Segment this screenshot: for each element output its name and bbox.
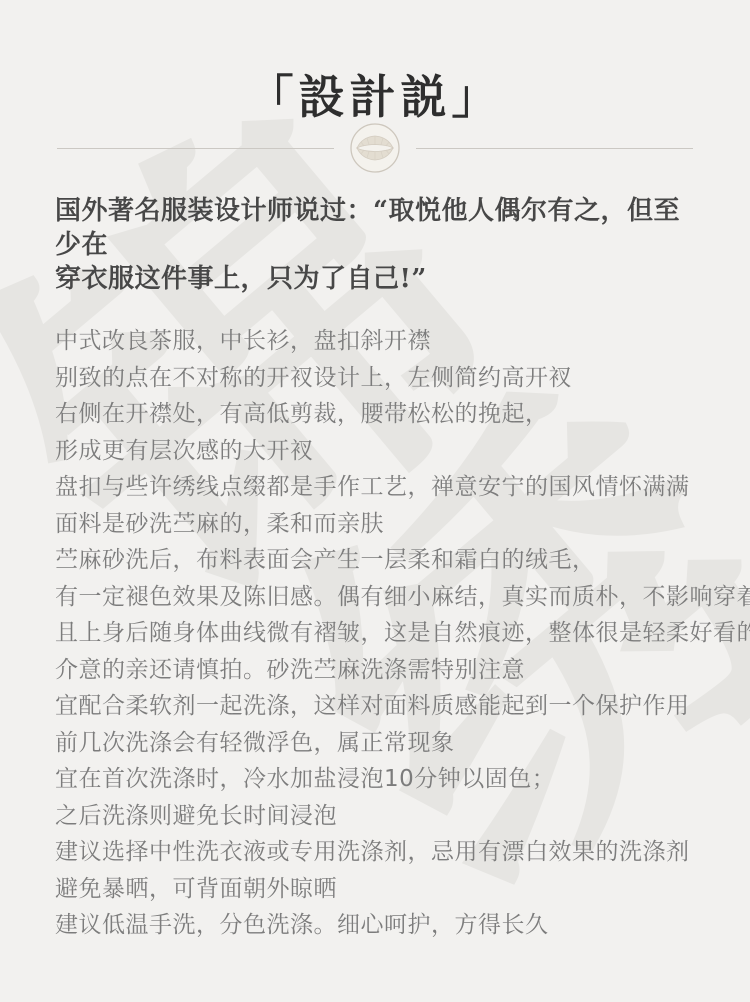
- body-line: 宜在首次洗涤时，冷水加盐浸泡10分钟以固色；: [55, 761, 712, 798]
- body-line: 苎麻砂洗后，布料表面会产生一层柔和霜白的绒毛，: [55, 542, 712, 579]
- body-line: 前几次洗涤会有轻微浮色，属正常现象: [55, 725, 712, 762]
- body-line: 且上身后随身体曲线微有褶皱，这是自然痕迹，整体很是轻柔好看的: [55, 615, 712, 652]
- body-line: 面料是砂洗苎麻的，柔和而亲肤: [55, 506, 712, 543]
- quote-line: 穿衣服这件事上，只为了自己!”: [55, 262, 696, 296]
- body-line: 别致的点在不对称的开衩设计上，左侧简约高开衩: [55, 360, 712, 397]
- design-story-page: 锦 绣 「設計説」: [0, 0, 750, 1002]
- body-line: 中式改良茶服，中长衫，盘扣斜开襟: [55, 323, 712, 360]
- body-line: 有一定褪色效果及陈旧感。偶有细小麻结，真实而质朴，不影响穿着: [55, 579, 712, 616]
- lotus-medallion-icon: [349, 122, 401, 174]
- body-line: 之后洗涤则避免长时间浸泡: [55, 798, 712, 835]
- page-title: 「設計説」: [0, 0, 750, 122]
- body-line: 介意的亲还请慎拍。砂洗苎麻洗涤需特别注意: [55, 652, 712, 689]
- divider: [0, 121, 750, 175]
- description-body: 中式改良茶服，中长衫，盘扣斜开襟 别致的点在不对称的开衩设计上，左侧简约高开衩 …: [55, 323, 712, 944]
- body-line: 右侧在开襟处，有高低剪裁，腰带松松的挽起，: [55, 396, 712, 433]
- divider-line-right: [416, 148, 693, 149]
- body-line: 避免暴晒，可背面朝外晾晒: [55, 871, 712, 908]
- body-line: 形成更有层次感的大开衩: [55, 433, 712, 470]
- body-line: 建议选择中性洗衣液或专用洗涤剂，忌用有漂白效果的洗涤剂: [55, 834, 712, 871]
- content-area: 「設計説」: [0, 0, 750, 1002]
- body-line: 盘扣与些许绣线点缀都是手作工艺，禅意安宁的国风情怀满满: [55, 469, 712, 506]
- quote-line: 国外著名服装设计师说过：“取悦他人偶尔有之，但至少在: [55, 194, 696, 262]
- body-line: 宜配合柔软剂一起洗涤，这样对面料质感能起到一个保护作用: [55, 688, 712, 725]
- designer-quote: 国外著名服装设计师说过：“取悦他人偶尔有之，但至少在 穿衣服这件事上，只为了自己…: [55, 194, 696, 296]
- divider-line-left: [57, 148, 334, 149]
- body-line: 建议低温手洗，分色洗涤。细心呵护，方得长久: [55, 907, 712, 944]
